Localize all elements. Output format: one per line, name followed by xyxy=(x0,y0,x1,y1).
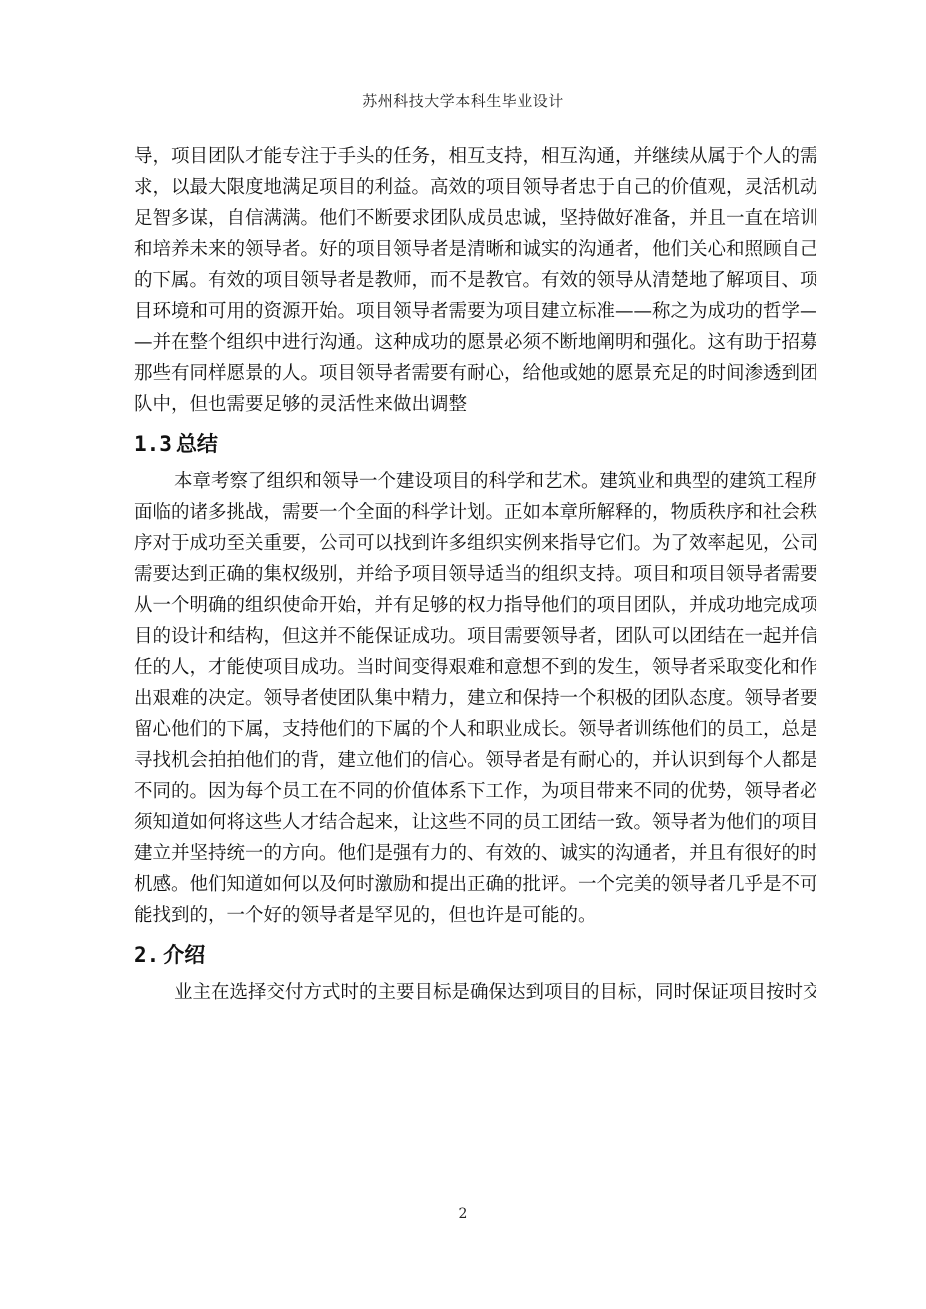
section-title: 总结 xyxy=(176,432,218,456)
text-line: 面临的诸多挑战，需要一个全面的科学计划。正如本章所解释的，物质秩序和社会秩 xyxy=(134,497,816,528)
section-number: 2. xyxy=(134,943,159,967)
text-line: 建立并坚持统一的方向。他们是强有力的、有效的、诚实的沟通者，并且有很好的时 xyxy=(134,838,816,869)
paragraph-continuation: 导，项目团队才能专注于手头的任务，相互支持，相互沟通，并继续从属于个人的需 求，… xyxy=(134,141,816,420)
text-line: 能找到的，一个好的领导者是罕见的，但也许是可能的。 xyxy=(134,900,816,931)
text-line: 业主在选择交付方式时的主要目标是确保达到项目的目标，同时保证项目按时交 xyxy=(134,977,816,1008)
text-line: 导，项目团队才能专注于手头的任务，相互支持，相互沟通，并继续从属于个人的需 xyxy=(134,141,816,172)
section-heading-2: 2.介绍 xyxy=(134,933,816,977)
page-number: 2 xyxy=(0,1206,926,1222)
text-line: 的下属。有效的项目领导者是教师，而不是教官。有效的领导从清楚地了解项目、项 xyxy=(134,265,816,296)
text-line: 目的设计和结构，但这并不能保证成功。项目需要领导者，团队可以团结在一起并信 xyxy=(134,621,816,652)
text-line: 不同的。因为每个员工在不同的价值体系下工作，为项目带来不同的优势，领导者必 xyxy=(134,776,816,807)
section-heading-1-3: 1.3总结 xyxy=(134,422,816,466)
section-number: 1.3 xyxy=(134,432,172,456)
text-line: 那些有同样愿景的人。项目领导者需要有耐心，给他或她的愿景充足的时间渗透到团 xyxy=(134,358,816,389)
paragraph-summary: 本章考察了组织和领导一个建设项目的科学和艺术。建筑业和典型的建筑工程所 面临的诸… xyxy=(134,466,816,931)
text-line: 从一个明确的组织使命开始，并有足够的权力指导他们的项目团队，并成功地完成项 xyxy=(134,590,816,621)
text-line: 出艰难的决定。领导者使团队集中精力，建立和保持一个积极的团队态度。领导者要 xyxy=(134,683,816,714)
text-line: 机感。他们知道如何以及何时激励和提出正确的批评。一个完美的领导者几乎是不可 xyxy=(134,869,816,900)
document-body: 导，项目团队才能专注于手头的任务，相互支持，相互沟通，并继续从属于个人的需 求，… xyxy=(134,141,816,1008)
text-line: —并在整个组织中进行沟通。这种成功的愿景必须不断地阐明和强化。这有助于招募 xyxy=(134,327,816,358)
text-line: 足智多谋，自信满满。他们不断要求团队成员忠诚，坚持做好准备，并且一直在培训 xyxy=(134,203,816,234)
text-line: 队中，但也需要足够的灵活性来做出调整 xyxy=(134,389,816,420)
text-line: 序对于成功至关重要，公司可以找到许多组织实例来指导它们。为了效率起见，公司 xyxy=(134,528,816,559)
running-header: 苏州科技大学本科生毕业设计 xyxy=(0,90,926,111)
text-line: 目环境和可用的资源开始。项目领导者需要为项目建立标准——称之为成功的哲学— xyxy=(134,296,816,327)
text-line: 需要达到正确的集权级别，并给予项目领导适当的组织支持。项目和项目领导者需要 xyxy=(134,559,816,590)
document-page: 苏州科技大学本科生毕业设计 导，项目团队才能专注于手头的任务，相互支持，相互沟通… xyxy=(0,0,926,1309)
text-line: 求，以最大限度地满足项目的利益。高效的项目领导者忠于自己的价值观，灵活机动， xyxy=(134,172,816,203)
text-line: 留心他们的下属，支持他们的下属的个人和职业成长。领导者训练他们的员工，总是 xyxy=(134,714,816,745)
section-title: 介绍 xyxy=(163,943,205,967)
text-line: 和培养未来的领导者。好的项目领导者是清晰和诚实的沟通者，他们关心和照顾自己 xyxy=(134,234,816,265)
text-line: 任的人，才能使项目成功。当时间变得艰难和意想不到的发生，领导者采取变化和作 xyxy=(134,652,816,683)
paragraph-introduction: 业主在选择交付方式时的主要目标是确保达到项目的目标，同时保证项目按时交 xyxy=(134,977,816,1008)
text-line: 寻找机会拍拍他们的背，建立他们的信心。领导者是有耐心的，并认识到每个人都是 xyxy=(134,745,816,776)
text-line: 本章考察了组织和领导一个建设项目的科学和艺术。建筑业和典型的建筑工程所 xyxy=(134,466,816,497)
text-line: 须知道如何将这些人才结合起来，让这些不同的员工团结一致。领导者为他们的项目 xyxy=(134,807,816,838)
